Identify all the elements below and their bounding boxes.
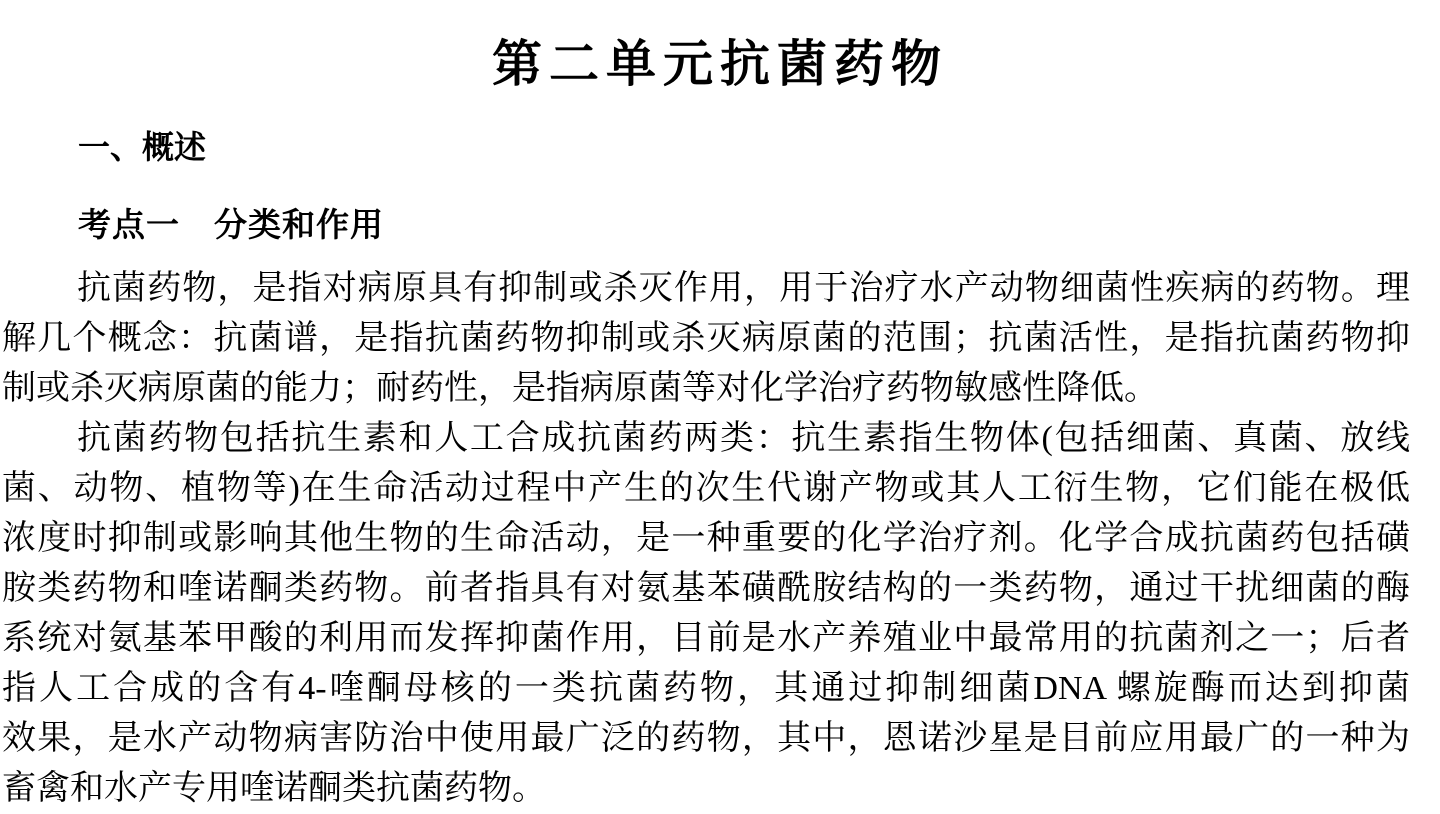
document-page: 第二单元抗菌药物 一、概述 考点一 分类和作用 抗菌药物，是指对病原具有抑制或杀… xyxy=(0,0,1440,814)
paragraph-line: 指人工合成的含有4-喹酮母核的一类抗菌药物，其通过抑制细菌DNA 螺旋酶而达到抑… xyxy=(2,664,1410,714)
paragraph-line: 抗菌药物，是指对病原具有抑制或杀灭作用，用于治疗水产动物细菌性疾病的药物。理 xyxy=(2,264,1410,314)
paragraph-line: 畜禽和水产专用喹诺酮类抗菌药物。 xyxy=(2,764,1410,814)
paragraph-line: 浓度时抑制或影响其他生物的生命活动，是一种重要的化学治疗剂。化学合成抗菌药包括磺 xyxy=(2,514,1410,564)
paragraph-line: 抗菌药物包括抗生素和人工合成抗菌药两类：抗生素指生物体(包括细菌、真菌、放线 xyxy=(2,414,1410,464)
document-title: 第二单元抗菌药物 xyxy=(0,38,1440,90)
paragraph-line: 菌、动物、植物等)在生命活动过程中产生的次生代谢产物或其人工衍生物，它们能在极低 xyxy=(2,464,1410,514)
body-text: 抗菌药物，是指对病原具有抑制或杀灭作用，用于治疗水产动物细菌性疾病的药物。理 解… xyxy=(0,264,1410,814)
section-heading: 一、概述 xyxy=(78,130,1440,164)
paragraph-line: 制或杀灭病原菌的能力；耐药性，是指病原菌等对化学治疗药物敏感性降低。 xyxy=(2,364,1410,414)
paragraph-2: 抗菌药物包括抗生素和人工合成抗菌药两类：抗生素指生物体(包括细菌、真菌、放线 菌… xyxy=(2,414,1410,814)
paragraph-line: 解几个概念：抗菌谱，是指抗菌药物抑制或杀灭病原菌的范围；抗菌活性，是指抗菌药物抑 xyxy=(2,314,1410,364)
paragraph-1: 抗菌药物，是指对病原具有抑制或杀灭作用，用于治疗水产动物细菌性疾病的药物。理 解… xyxy=(2,264,1410,414)
subsection-heading: 考点一 分类和作用 xyxy=(78,207,1440,242)
paragraph-line: 胺类药物和喹诺酮类药物。前者指具有对氨基苯磺酰胺结构的一类药物，通过干扰细菌的酶 xyxy=(2,564,1410,614)
paragraph-line: 效果，是水产动物病害防治中使用最广泛的药物，其中，恩诺沙星是目前应用最广的一种为 xyxy=(2,714,1410,764)
paragraph-line: 系统对氨基苯甲酸的利用而发挥抑菌作用，目前是水产养殖业中最常用的抗菌剂之一；后者 xyxy=(2,614,1410,664)
